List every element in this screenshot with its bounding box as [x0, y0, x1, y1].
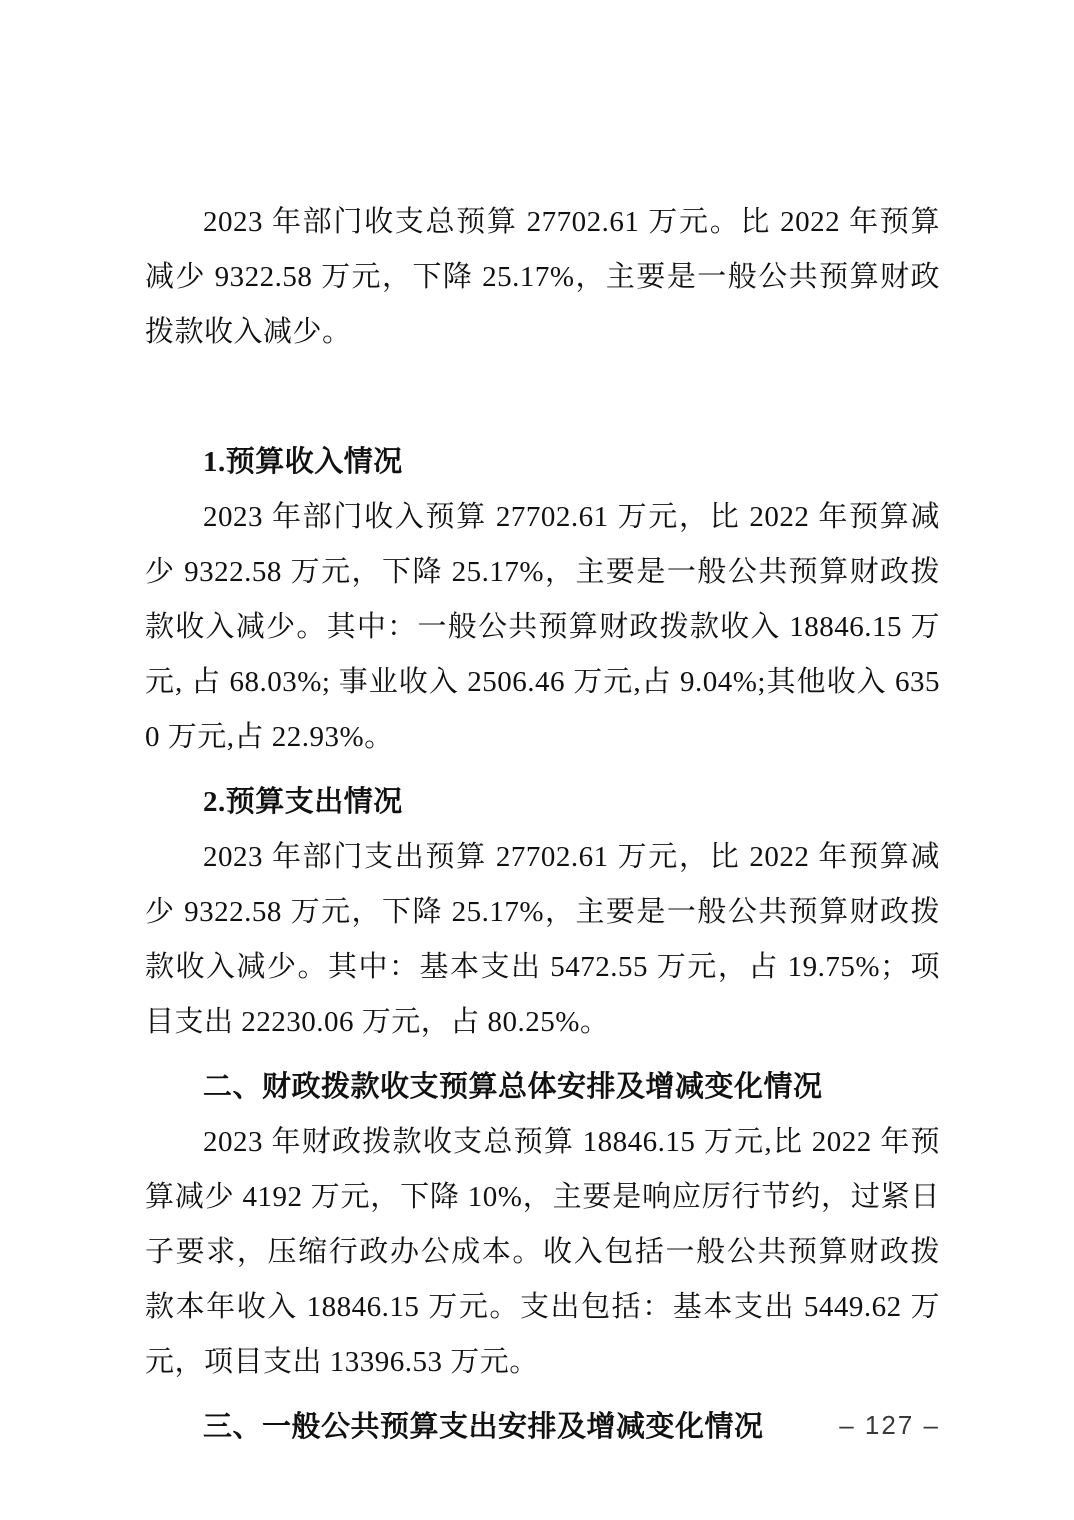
paragraph-budget-expenditure: 2023 年部门支出预算 27702.61 万元，比 2022 年预算减少 93…	[145, 830, 940, 1050]
page-number: – 127 –	[839, 1410, 940, 1440]
paragraph-fiscal-appropriation: 2023 年财政拨款收支总预算 18846.15 万元,比 2022 年预算减少…	[145, 1115, 940, 1390]
heading-section-three-general-public-budget: 三、一般公共预算支出安排及增减变化情况	[145, 1400, 940, 1455]
document-page: 2023 年部门收支总预算 27702.61 万元。比 2022 年预算减少 9…	[0, 0, 1074, 1520]
paragraph-total-budget-overview: 2023 年部门收支总预算 27702.61 万元。比 2022 年预算减少 9…	[145, 195, 940, 360]
heading-section-two-fiscal-appropriation: 二、财政拨款收支预算总体安排及增减变化情况	[145, 1060, 940, 1115]
heading-budget-expenditure: 2.预算支出情况	[145, 775, 940, 830]
paragraph-budget-income: 2023 年部门收入预算 27702.61 万元，比 2022 年预算减少 93…	[145, 490, 940, 765]
heading-budget-income: 1.预算收入情况	[145, 435, 940, 490]
blank-line-gap	[145, 360, 940, 425]
